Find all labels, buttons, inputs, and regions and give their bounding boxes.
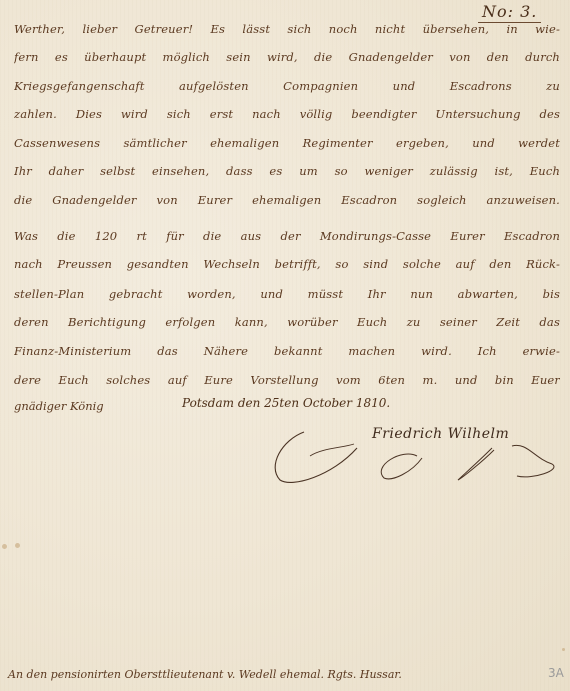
archive-pencil-mark: 3A	[548, 666, 564, 680]
body-line: stellen-Plan gebracht worden, und müsst …	[14, 285, 560, 303]
foxing-stain	[562, 648, 565, 651]
signature: Friedrich Wilhelm	[262, 418, 562, 490]
recipient-address: An den pensionirten Obersttlieutenant v.…	[8, 668, 402, 681]
body-line: nach Preussen gesandten Wechseln betriff…	[14, 255, 560, 273]
foxing-stain	[2, 544, 7, 549]
body-line: Werther, lieber Getreuer! Es lässt sich …	[14, 20, 560, 38]
body-line: fern es überhaupt möglich sein wird, die…	[14, 48, 560, 66]
dateline: Potsdam den 25ten October 1810.	[182, 396, 390, 410]
body-line: Cassenwesens sämtlicher ehemaligen Regim…	[14, 134, 560, 152]
body-line: dere Euch solches auf Eure Vorstellung v…	[14, 371, 560, 389]
foxing-stain	[15, 543, 20, 548]
body-line: Kriegsgefangenschaft aufgelösten Compagn…	[14, 77, 560, 95]
body-line: Ihr daher selbst einsehen, dass es um so…	[14, 162, 560, 180]
body-line: Was die 120 rt für die aus der Mondirung…	[14, 227, 560, 245]
body-line: Finanz-Ministerium das Nähere bekannt ma…	[14, 342, 560, 360]
letter-page: No: 3. Werther, lieber Getreuer! Es läss…	[0, 0, 570, 691]
body-line: deren Berichtigung erfolgen kann, worübe…	[14, 313, 560, 331]
body-line: die Gnadengelder von Eurer ehemaligen Es…	[14, 191, 560, 209]
body-line: zahlen. Dies wird sich erst nach völlig …	[14, 105, 560, 123]
signature-name: Friedrich Wilhelm	[372, 426, 509, 442]
closing-phrase: gnädiger König	[14, 399, 104, 413]
